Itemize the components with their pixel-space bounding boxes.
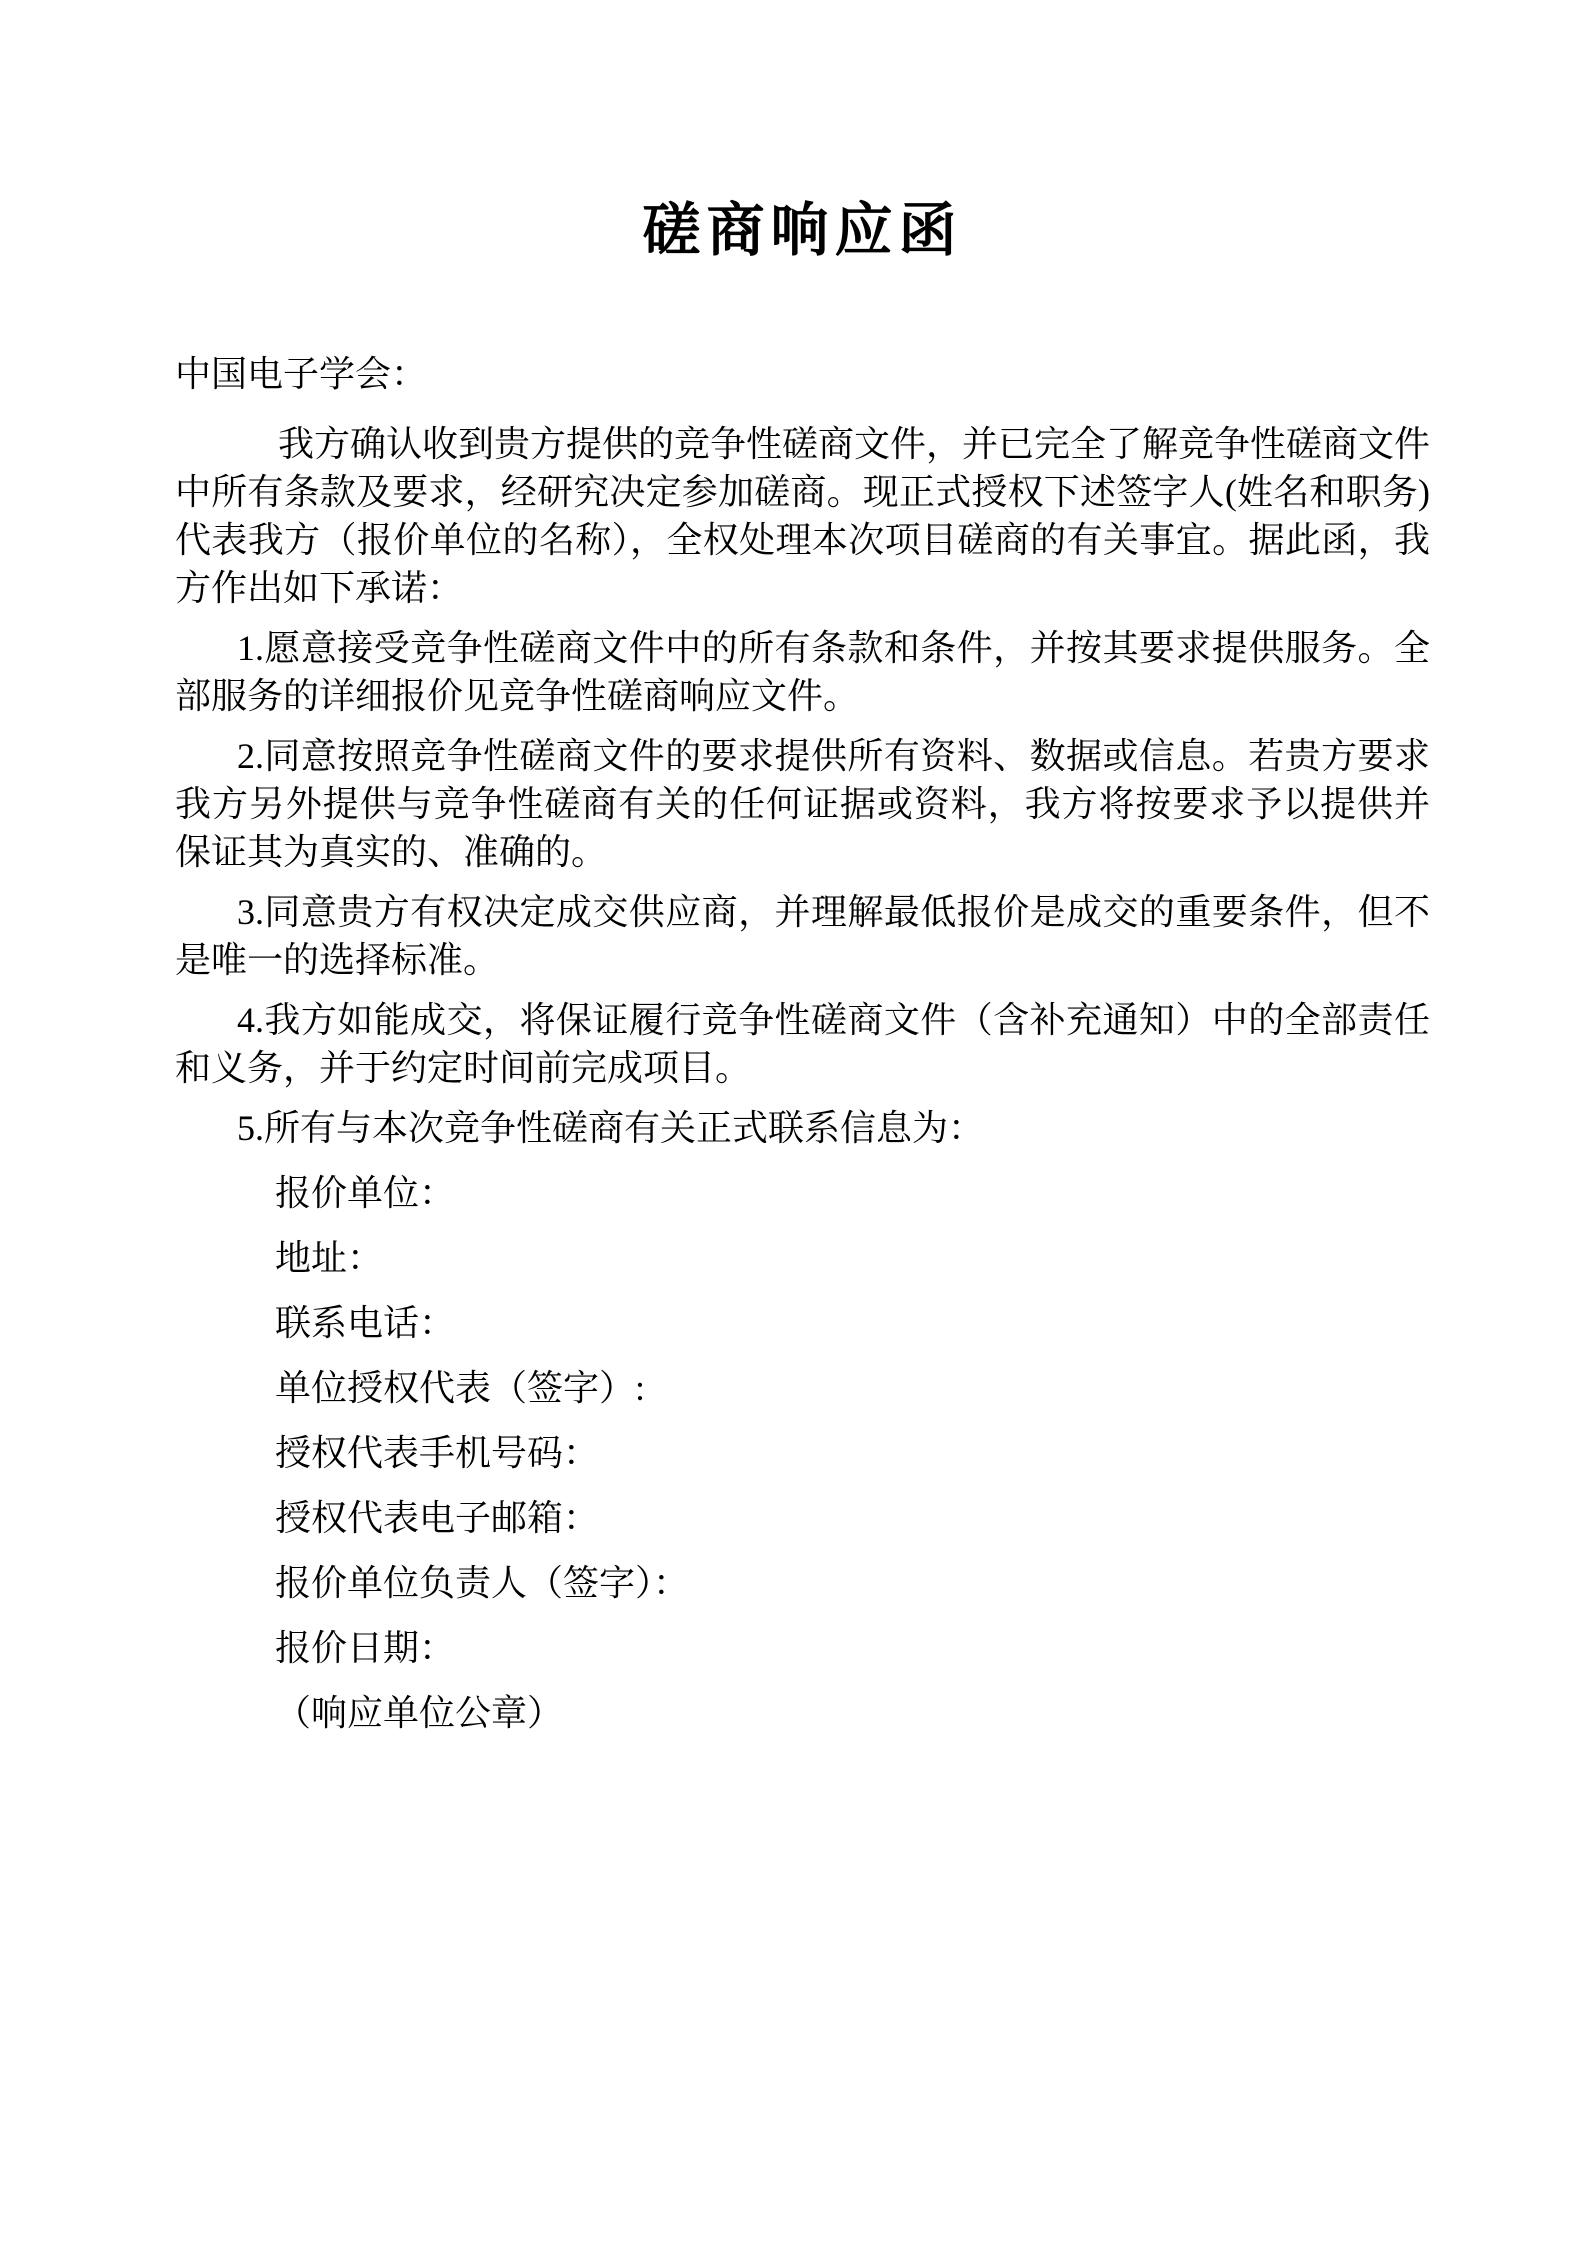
field-quote-date-label: 报价日期：: [175, 1624, 1430, 1672]
commitment-item-1: 1.愿意接受竞争性磋商文件中的所有条款和条件，并按其要求提供服务。全部服务的详细…: [175, 624, 1430, 720]
field-unit-head-signature-label: 报价单位负责人（签字）：: [175, 1559, 1430, 1607]
commitment-item-5: 5.所有与本次竞争性磋商有关正式联系信息为：: [175, 1104, 1430, 1152]
field-rep-mobile-label: 授权代表手机号码：: [175, 1429, 1430, 1477]
commitment-item-3: 3.同意贵方有权决定成交供应商，并理解最低报价是成交的重要条件，但不是唯一的选择…: [175, 888, 1430, 984]
contact-info-section: 报价单位： 地址： 联系电话： 单位授权代表（签字）: 授权代表手机号码： 授权…: [175, 1169, 1430, 1737]
field-address-label: 地址：: [175, 1234, 1430, 1282]
document-title: 磋商响应函: [175, 198, 1430, 264]
document-page: 磋商响应函 中国电子学会： 我方确认收到贵方提供的竞争性磋商文件，并已完全了解竞…: [0, 0, 1587, 2245]
commitment-item-2: 2.同意按照竞争性磋商文件的要求提供所有资料、数据或信息。若贵方要求我方另外提供…: [175, 732, 1430, 876]
field-rep-email-label: 授权代表电子邮箱：: [175, 1494, 1430, 1542]
field-quote-unit-label: 报价单位：: [175, 1169, 1430, 1217]
field-authorized-rep-signature-label: 单位授权代表（签字）:: [175, 1364, 1430, 1412]
stamp-note: （响应单位公章）: [175, 1689, 1430, 1737]
commitment-item-4: 4.我方如能成交，将保证履行竞争性磋商文件（含补充通知）中的全部责任和义务，并于…: [175, 996, 1430, 1092]
field-phone-label: 联系电话：: [175, 1299, 1430, 1347]
intro-paragraph: 我方确认收到贵方提供的竞争性磋商文件，并已完全了解竞争性磋商文件中所有条款及要求…: [175, 420, 1430, 612]
document-content: 磋商响应函 中国电子学会： 我方确认收到贵方提供的竞争性磋商文件，并已完全了解竞…: [0, 0, 1587, 1737]
salutation: 中国电子学会：: [175, 350, 1430, 398]
